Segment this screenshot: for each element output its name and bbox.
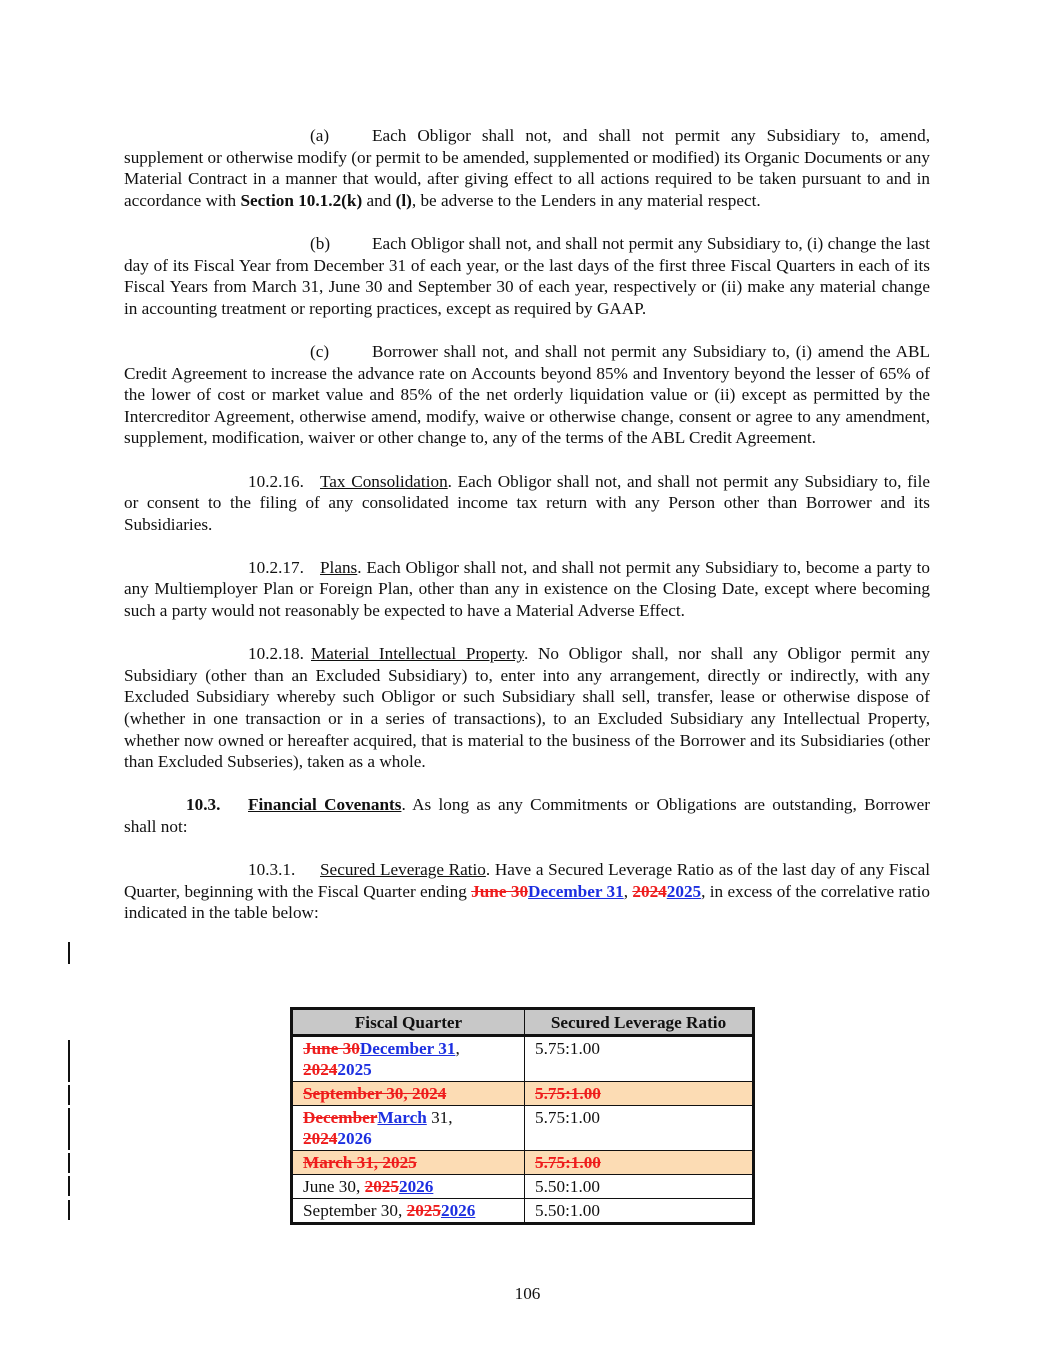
deleted-text: June 30 xyxy=(303,1039,360,1058)
section-number: 10.2.16. xyxy=(248,471,320,493)
paragraph-a: (a)Each Obligor shall not, and shall not… xyxy=(124,125,930,211)
section-number: 10.2.17. xyxy=(248,557,320,579)
table-row: September 30, 20252026 5.50:1.00 xyxy=(292,1199,754,1224)
section-title: Financial Covenants xyxy=(248,795,401,814)
document-page: (a)Each Obligor shall not, and shall not… xyxy=(124,125,930,946)
section-10-3: 10.3.Financial Covenants. As long as any… xyxy=(124,794,930,837)
fiscal-quarter-cell: September 30, 20252026 xyxy=(292,1199,525,1224)
change-bar xyxy=(68,1085,70,1105)
inserted-text: December 31 xyxy=(528,882,624,901)
section-10-2-17: 10.2.17.Plans. Each Obligor shall not, a… xyxy=(124,557,930,622)
fiscal-quarter-cell: DecemberMarch 31,20242026 xyxy=(292,1106,525,1151)
page-number: 106 xyxy=(0,1283,1055,1305)
paragraph-label: (a) xyxy=(310,125,372,147)
deleted-text: December xyxy=(303,1108,377,1127)
inserted-text: 2026 xyxy=(399,1177,433,1196)
table-row-deleted: September 30, 2024 5.75:1.00 xyxy=(292,1082,754,1106)
change-bar xyxy=(68,1153,70,1173)
deleted-text: 2024 xyxy=(303,1129,337,1148)
table-row: June 30December 31,20242025 5.75:1.00 xyxy=(292,1036,754,1082)
change-bar xyxy=(68,1200,70,1220)
section-title: Secured Leverage Ratio xyxy=(320,860,486,879)
deleted-text: 2025 xyxy=(365,1177,399,1196)
cross-reference: Section 10.1.2(k) xyxy=(240,191,362,210)
deleted-text: 2024 xyxy=(303,1060,337,1079)
table-row: DecemberMarch 31,20242026 5.75:1.00 xyxy=(292,1106,754,1151)
ratio-cell: 5.75:1.00 xyxy=(525,1106,754,1151)
table-header-row: Fiscal Quarter Secured Leverage Ratio xyxy=(292,1009,754,1036)
change-bar xyxy=(68,1040,70,1082)
inserted-text: December 31 xyxy=(360,1039,456,1058)
inserted-text: 2025 xyxy=(667,882,701,901)
paragraph-label: (b) xyxy=(310,233,372,255)
section-number: 10.3. xyxy=(186,794,248,816)
inserted-text: March xyxy=(377,1108,426,1127)
section-10-2-18: 10.2.18.Material Intellectual Property. … xyxy=(124,643,930,773)
column-header-ratio: Secured Leverage Ratio xyxy=(525,1009,754,1036)
paragraph-b: (b)Each Obligor shall not, and shall not… xyxy=(124,233,930,319)
change-bar xyxy=(68,1108,70,1150)
fiscal-quarter-cell: September 30, 2024 xyxy=(292,1082,525,1106)
ratio-cell: 5.50:1.00 xyxy=(525,1199,754,1224)
deleted-text: 2024 xyxy=(632,882,666,901)
table-row-deleted: March 31, 2025 5.75:1.00 xyxy=(292,1151,754,1175)
change-bar xyxy=(68,1176,70,1196)
section-title: Material Intellectual Property xyxy=(311,644,524,663)
paragraph-label: (c) xyxy=(310,341,372,363)
ratio-cell: 5.50:1.00 xyxy=(525,1175,754,1199)
section-number: 10.3.1. xyxy=(248,859,320,881)
fiscal-quarter-cell: June 30, 20252026 xyxy=(292,1175,525,1199)
table-row: June 30, 20252026 5.50:1.00 xyxy=(292,1175,754,1199)
section-number: 10.2.18. xyxy=(248,643,311,665)
deleted-text: 2025 xyxy=(407,1201,441,1220)
secured-leverage-ratio-table: Fiscal Quarter Secured Leverage Ratio Ju… xyxy=(290,1007,755,1225)
column-header-fiscal-quarter: Fiscal Quarter xyxy=(292,1009,525,1036)
inserted-text: 2026 xyxy=(441,1201,475,1220)
change-bar xyxy=(68,942,70,964)
section-10-3-1: 10.3.1.Secured Leverage Ratio. Have a Se… xyxy=(124,859,930,924)
section-title: Plans xyxy=(320,558,357,577)
inserted-text: 2026 xyxy=(337,1129,371,1148)
section-title: Tax Consolidation xyxy=(320,472,448,491)
paragraph-c: (c)Borrower shall not, and shall not per… xyxy=(124,341,930,449)
fiscal-quarter-cell: June 30December 31,20242025 xyxy=(292,1036,525,1082)
inserted-text: 2025 xyxy=(337,1060,371,1079)
ratio-cell: 5.75:1.00 xyxy=(525,1151,754,1175)
fiscal-quarter-cell: March 31, 2025 xyxy=(292,1151,525,1175)
deleted-text: June 30 xyxy=(471,882,528,901)
cross-reference: (l) xyxy=(396,191,412,210)
ratio-cell: 5.75:1.00 xyxy=(525,1082,754,1106)
section-10-2-16: 10.2.16.Tax Consolidation. Each Obligor … xyxy=(124,471,930,536)
ratio-cell: 5.75:1.00 xyxy=(525,1036,754,1082)
